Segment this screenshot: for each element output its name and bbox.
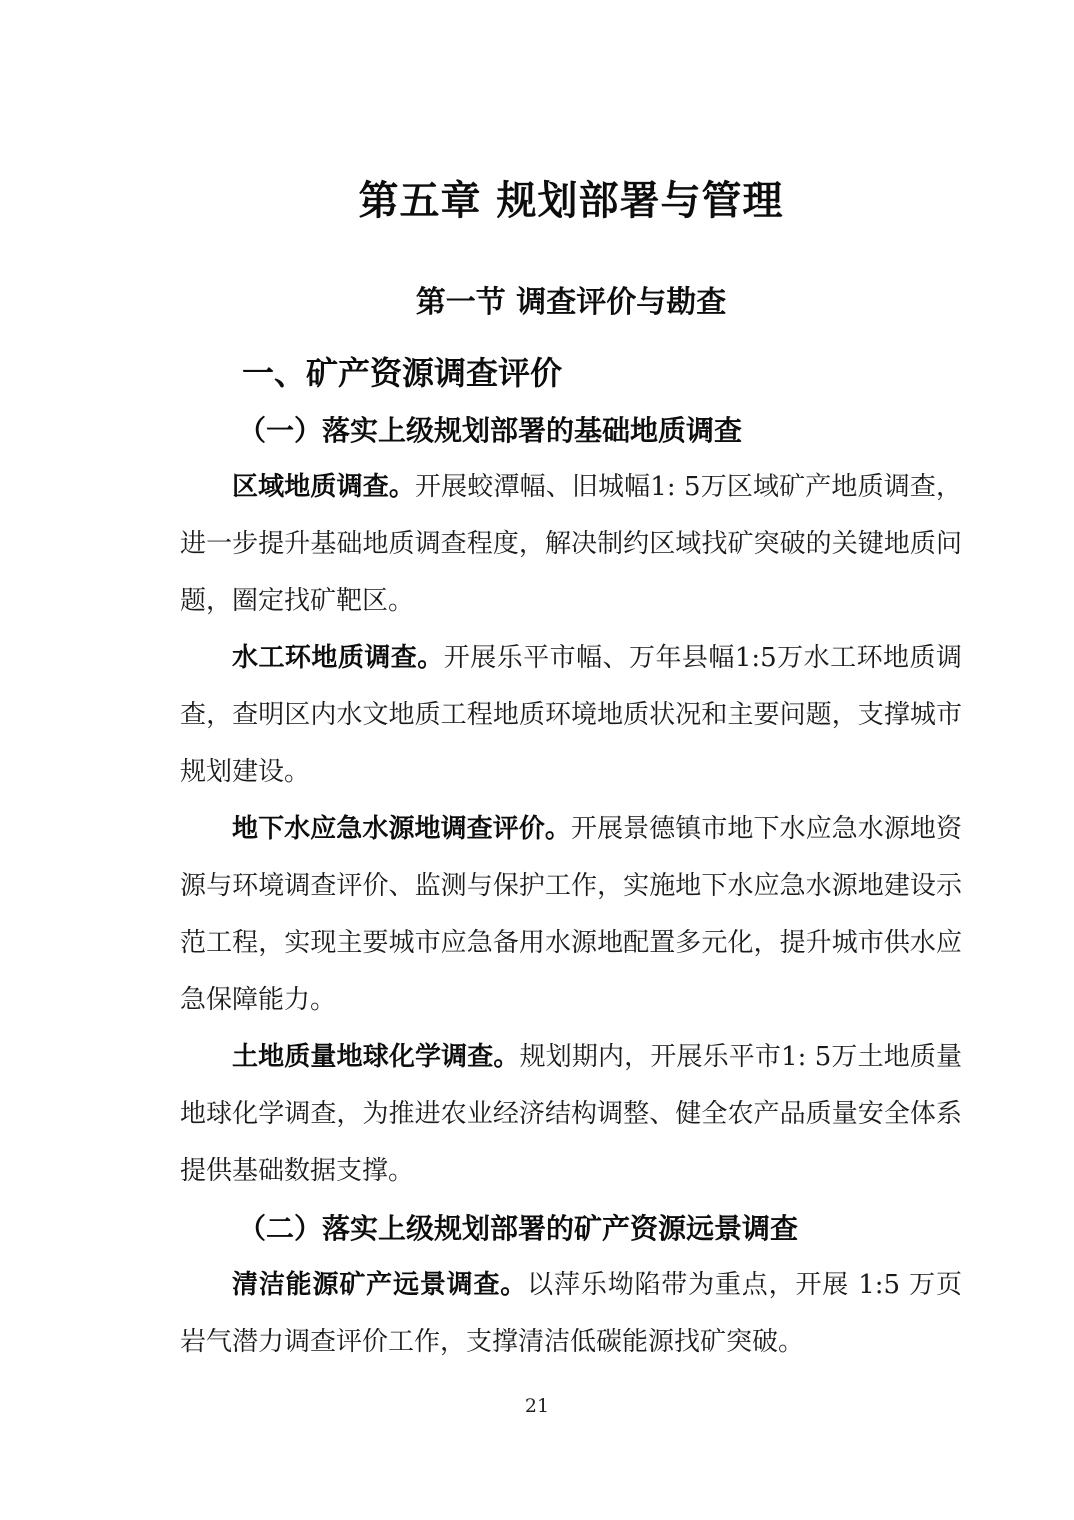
subheading-mineral-resource-prospect-survey: （二）落实上级规划部署的矿产资源远景调查 <box>180 1200 962 1257</box>
heading-mineral-resource-survey: 一、矿产资源调查评价 <box>180 345 962 402</box>
paragraph-lead: 地下水应急水源地调查评价。 <box>232 814 571 844</box>
paragraph-lead: 区域地质调查。 <box>232 472 415 502</box>
paragraph-land-quality-geochemical-survey: 土地质量地球化学调查。规划期内，开展乐平市1: 5万土地质量地球化学调查，为推进… <box>180 1029 962 1200</box>
paragraph-clean-energy-prospect-survey: 清洁能源矿产远景调查。以萍乐坳陷带为重点，开展 1:5 万页岩气潜力调查评价工作… <box>180 1257 962 1371</box>
paragraph-hydro-env-geological-survey: 水工环地质调查。开展乐平市幅、万年县幅1:5万水工环地质调查，查明区内水文地质工… <box>180 630 962 801</box>
paragraph-groundwater-emergency-source: 地下水应急水源地调查评价。开展景德镇市地下水应急水源地资源与环境调查评价、监测与… <box>180 801 962 1029</box>
page-number: 21 <box>0 1392 1074 1420</box>
chapter-title: 第五章 规划部署与管理 <box>180 172 962 229</box>
paragraph-lead: 土地质量地球化学调查。 <box>232 1042 520 1072</box>
paragraph-regional-geological-survey: 区域地质调查。开展蛟潭幅、旧城幅1: 5万区域矿产地质调查，进一步提升基础地质调… <box>180 459 962 630</box>
section-title: 第一节 调查评价与勘查 <box>180 274 962 331</box>
document-content: 第五章 规划部署与管理 第一节 调查评价与勘查 一、矿产资源调查评价 （一）落实… <box>180 172 962 1371</box>
paragraph-lead: 清洁能源矿产远景调查。 <box>232 1270 527 1300</box>
document-page: 第五章 规划部署与管理 第一节 调查评价与勘查 一、矿产资源调查评价 （一）落实… <box>0 0 1074 1520</box>
paragraph-lead: 水工环地质调查。 <box>232 643 444 673</box>
subheading-basic-geological-survey: （一）落实上级规划部署的基础地质调查 <box>180 402 962 459</box>
paragraph-text: 开展景德镇市地下水应急水源地资源与环境调查评价、监测与保护工作，实施地下水应急水… <box>180 814 962 1015</box>
